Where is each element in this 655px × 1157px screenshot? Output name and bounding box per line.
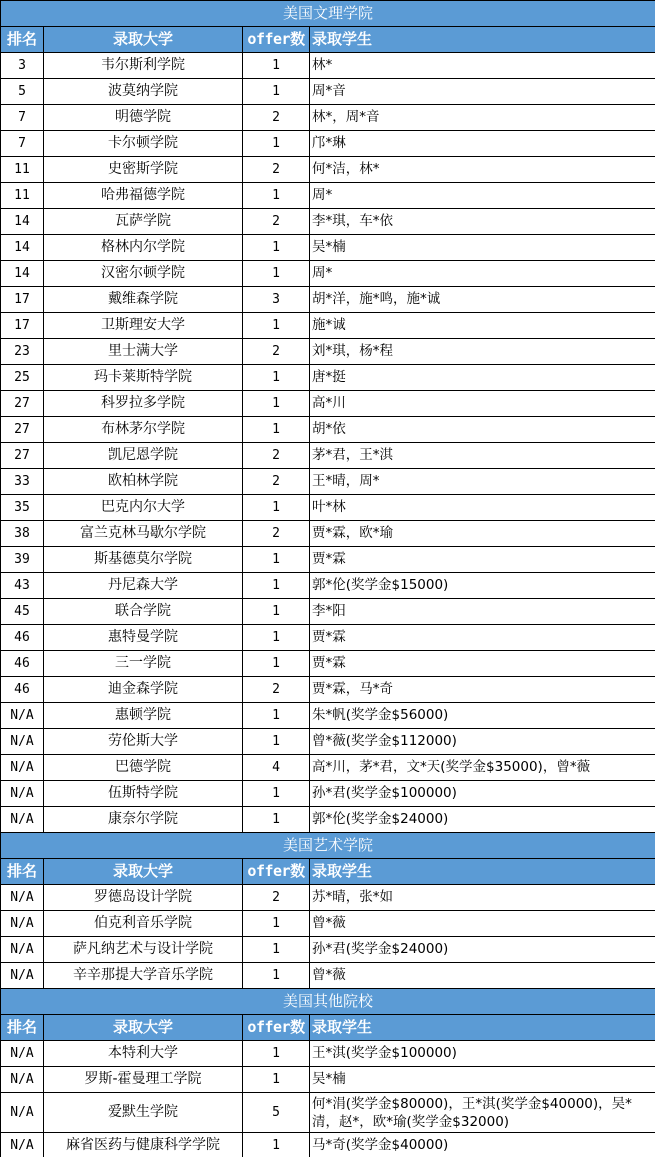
university-cell: 哈弗福德学院: [44, 183, 243, 209]
students-cell: 贾*霖，欧*瑜: [310, 521, 655, 547]
students-cell: 贾*霖: [310, 651, 655, 677]
table-row: 38富兰克林马歇尔学院2贾*霖，欧*瑜: [1, 521, 655, 547]
university-cell: 瓦萨学院: [44, 209, 243, 235]
university-cell: 丹尼森大学: [44, 573, 243, 599]
offer-count-cell: 2: [243, 521, 310, 547]
students-cell: 吴*楠: [310, 1067, 655, 1093]
rank-cell: 35: [1, 495, 44, 521]
university-cell: 伯克利音乐学院: [44, 911, 243, 937]
offer-count-cell: 1: [243, 781, 310, 807]
table-row: 27凯尼恩学院2茅*君，王*淇: [1, 443, 655, 469]
rank-cell: 27: [1, 417, 44, 443]
rank-cell: 46: [1, 625, 44, 651]
students-cell: 曾*薇: [310, 911, 655, 937]
offer-count-cell: 2: [243, 105, 310, 131]
table-row: 46三一学院1贾*霖: [1, 651, 655, 677]
university-cell: 斯基德莫尔学院: [44, 547, 243, 573]
university-cell: 史密斯学院: [44, 157, 243, 183]
rank-cell: 17: [1, 313, 44, 339]
offer-count-cell: 1: [243, 911, 310, 937]
university-cell: 波莫纳学院: [44, 79, 243, 105]
offer-count-cell: 1: [243, 313, 310, 339]
table-row: N/A萨凡纳艺术与设计学院1孙*君(奖学金$24000): [1, 937, 655, 963]
students-cell: 贾*霖，马*奇: [310, 677, 655, 703]
offer-count-cell: 1: [243, 261, 310, 287]
students-cell: 何*涓(奖学金$80000)，王*淇(奖学金$40000)，吴*清，赵*，欧*瑜…: [310, 1093, 655, 1133]
university-cell: 富兰克林马歇尔学院: [44, 521, 243, 547]
rank-cell: N/A: [1, 1041, 44, 1067]
column-header-rank: 排名: [1, 859, 44, 885]
table-row: 7明德学院2林*，周*音: [1, 105, 655, 131]
column-header-offers: offer数: [243, 27, 310, 53]
offer-count-cell: 1: [243, 703, 310, 729]
university-cell: 凯尼恩学院: [44, 443, 243, 469]
university-cell: 罗德岛设计学院: [44, 885, 243, 911]
rank-cell: 17: [1, 287, 44, 313]
students-cell: 郭*伦(奖学金$24000): [310, 807, 655, 833]
rank-cell: 3: [1, 53, 44, 79]
offer-count-cell: 2: [243, 209, 310, 235]
table-row: N/A罗德岛设计学院2苏*晴，张*如: [1, 885, 655, 911]
rank-cell: N/A: [1, 729, 44, 755]
rank-cell: N/A: [1, 755, 44, 781]
rank-cell: 11: [1, 183, 44, 209]
university-cell: 联合学院: [44, 599, 243, 625]
rank-cell: 46: [1, 677, 44, 703]
rank-cell: 7: [1, 105, 44, 131]
column-header-university: 录取大学: [44, 1015, 243, 1041]
students-cell: 吴*楠: [310, 235, 655, 261]
students-cell: 胡*洋，施*鸣，施*诚: [310, 287, 655, 313]
students-cell: 郭*伦(奖学金$15000): [310, 573, 655, 599]
offer-count-cell: 1: [243, 599, 310, 625]
students-cell: 高*川，茅*君，文*天(奖学金$35000)，曾*薇: [310, 755, 655, 781]
university-cell: 巴德学院: [44, 755, 243, 781]
rank-cell: 38: [1, 521, 44, 547]
offer-count-cell: 1: [243, 79, 310, 105]
table-row: N/A爱默生学院5何*涓(奖学金$80000)，王*淇(奖学金$40000)，吴…: [1, 1093, 655, 1133]
students-cell: 胡*依: [310, 417, 655, 443]
offer-count-cell: 1: [243, 651, 310, 677]
table-row: N/A伯克利音乐学院1曾*薇: [1, 911, 655, 937]
table-row: N/A伍斯特学院1孙*君(奖学金$100000): [1, 781, 655, 807]
table-row: N/A辛辛那提大学音乐学院1曾*薇: [1, 963, 655, 989]
rank-cell: 27: [1, 391, 44, 417]
rank-cell: N/A: [1, 807, 44, 833]
students-cell: 贾*霖: [310, 625, 655, 651]
offer-count-cell: 1: [243, 1133, 310, 1157]
rank-cell: 39: [1, 547, 44, 573]
table-row: 39斯基德莫尔学院1贾*霖: [1, 547, 655, 573]
university-cell: 爱默生学院: [44, 1093, 243, 1133]
table-row: 17戴维森学院3胡*洋，施*鸣，施*诚: [1, 287, 655, 313]
table-row: 11哈弗福德学院1周*: [1, 183, 655, 209]
students-cell: 唐*挺: [310, 365, 655, 391]
students-cell: 何*洁，林*: [310, 157, 655, 183]
rank-cell: N/A: [1, 1093, 44, 1133]
university-cell: 康奈尔学院: [44, 807, 243, 833]
column-header-students: 录取学生: [310, 27, 655, 53]
rank-cell: 43: [1, 573, 44, 599]
offer-count-cell: 1: [243, 807, 310, 833]
table-row: 14格林内尔学院1吴*楠: [1, 235, 655, 261]
students-cell: 曾*薇(奖学金$112000): [310, 729, 655, 755]
students-cell: 苏*晴，张*如: [310, 885, 655, 911]
offer-count-cell: 1: [243, 495, 310, 521]
students-cell: 周*: [310, 183, 655, 209]
rank-cell: 45: [1, 599, 44, 625]
column-header-university: 录取大学: [44, 859, 243, 885]
rank-cell: 14: [1, 261, 44, 287]
column-header-offers: offer数: [243, 1015, 310, 1041]
table-row: 7卡尔顿学院1邝*琳: [1, 131, 655, 157]
rank-cell: N/A: [1, 1133, 44, 1157]
university-cell: 明德学院: [44, 105, 243, 131]
university-cell: 伍斯特学院: [44, 781, 243, 807]
students-cell: 马*奇(奖学金$40000): [310, 1133, 655, 1157]
offer-count-cell: 1: [243, 573, 310, 599]
university-cell: 迪金森学院: [44, 677, 243, 703]
students-cell: 叶*林: [310, 495, 655, 521]
rank-cell: 7: [1, 131, 44, 157]
table-row: N/A康奈尔学院1郭*伦(奖学金$24000): [1, 807, 655, 833]
rank-cell: 14: [1, 209, 44, 235]
offer-count-cell: 2: [243, 443, 310, 469]
rank-cell: N/A: [1, 703, 44, 729]
section-title-row: 美国文理学院: [1, 1, 655, 27]
university-cell: 卡尔顿学院: [44, 131, 243, 157]
rank-cell: N/A: [1, 1067, 44, 1093]
rank-cell: N/A: [1, 911, 44, 937]
students-cell: 周*音: [310, 79, 655, 105]
students-cell: 王*淇(奖学金$100000): [310, 1041, 655, 1067]
offer-count-cell: 2: [243, 157, 310, 183]
rank-cell: 25: [1, 365, 44, 391]
column-header-rank: 排名: [1, 1015, 44, 1041]
offer-count-cell: 1: [243, 365, 310, 391]
university-cell: 欧柏林学院: [44, 469, 243, 495]
offer-count-cell: 1: [243, 183, 310, 209]
university-cell: 惠顿学院: [44, 703, 243, 729]
offer-count-cell: 5: [243, 1093, 310, 1133]
offer-count-cell: 1: [243, 1067, 310, 1093]
students-cell: 林*，周*音: [310, 105, 655, 131]
table-row: 17卫斯理安大学1施*诚: [1, 313, 655, 339]
university-cell: 玛卡莱斯特学院: [44, 365, 243, 391]
section-title: 美国艺术学院: [1, 833, 655, 859]
column-header-students: 录取学生: [310, 1015, 655, 1041]
table-row: 35巴克内尔大学1叶*林: [1, 495, 655, 521]
section-title-row: 美国其他院校: [1, 989, 655, 1015]
university-cell: 巴克内尔大学: [44, 495, 243, 521]
university-cell: 本特利大学: [44, 1041, 243, 1067]
table-row: 25玛卡莱斯特学院1唐*挺: [1, 365, 655, 391]
university-cell: 格林内尔学院: [44, 235, 243, 261]
offer-count-cell: 1: [243, 729, 310, 755]
section-title-row: 美国艺术学院: [1, 833, 655, 859]
table-row: 43丹尼森大学1郭*伦(奖学金$15000): [1, 573, 655, 599]
table-row: 11史密斯学院2何*洁，林*: [1, 157, 655, 183]
university-cell: 劳伦斯大学: [44, 729, 243, 755]
university-cell: 里士满大学: [44, 339, 243, 365]
offer-count-cell: 2: [243, 677, 310, 703]
table-row: 45联合学院1李*阳: [1, 599, 655, 625]
offer-count-cell: 3: [243, 287, 310, 313]
column-header-row: 排名录取大学offer数录取学生: [1, 859, 655, 885]
students-cell: 邝*琳: [310, 131, 655, 157]
rank-cell: 23: [1, 339, 44, 365]
column-header-offers: offer数: [243, 859, 310, 885]
offer-count-cell: 2: [243, 885, 310, 911]
rank-cell: N/A: [1, 885, 44, 911]
students-cell: 茅*君，王*淇: [310, 443, 655, 469]
students-cell: 施*诚: [310, 313, 655, 339]
rank-cell: 11: [1, 157, 44, 183]
students-cell: 贾*霖: [310, 547, 655, 573]
offer-count-cell: 1: [243, 131, 310, 157]
university-cell: 戴维森学院: [44, 287, 243, 313]
column-header-row: 排名录取大学offer数录取学生: [1, 1015, 655, 1041]
university-cell: 惠特曼学院: [44, 625, 243, 651]
table-row: 46惠特曼学院1贾*霖: [1, 625, 655, 651]
column-header-row: 排名录取大学offer数录取学生: [1, 27, 655, 53]
table-row: 3韦尔斯利学院1林*: [1, 53, 655, 79]
university-cell: 汉密尔顿学院: [44, 261, 243, 287]
rank-cell: 14: [1, 235, 44, 261]
university-cell: 麻省医药与健康科学学院: [44, 1133, 243, 1157]
students-cell: 周*: [310, 261, 655, 287]
offer-count-cell: 1: [243, 53, 310, 79]
offer-count-cell: 1: [243, 937, 310, 963]
column-header-students: 录取学生: [310, 859, 655, 885]
offer-count-cell: 1: [243, 417, 310, 443]
offer-count-cell: 1: [243, 235, 310, 261]
students-cell: 曾*薇: [310, 963, 655, 989]
table-row: 23里士满大学2刘*琪，杨*程: [1, 339, 655, 365]
offer-count-cell: 1: [243, 391, 310, 417]
table-row: N/A麻省医药与健康科学学院1马*奇(奖学金$40000): [1, 1133, 655, 1157]
university-cell: 布林茅尔学院: [44, 417, 243, 443]
students-cell: 孙*君(奖学金$100000): [310, 781, 655, 807]
students-cell: 林*: [310, 53, 655, 79]
offer-count-cell: 2: [243, 469, 310, 495]
students-cell: 李*阳: [310, 599, 655, 625]
table-row: N/A罗斯-霍曼理工学院1吴*楠: [1, 1067, 655, 1093]
university-cell: 萨凡纳艺术与设计学院: [44, 937, 243, 963]
table-row: 27布林茅尔学院1胡*依: [1, 417, 655, 443]
table-row: 46迪金森学院2贾*霖，马*奇: [1, 677, 655, 703]
table-row: N/A惠顿学院1朱*帆(奖学金$56000): [1, 703, 655, 729]
students-cell: 高*川: [310, 391, 655, 417]
rank-cell: 33: [1, 469, 44, 495]
students-cell: 孙*君(奖学金$24000): [310, 937, 655, 963]
table-row: N/A本特利大学1王*淇(奖学金$100000): [1, 1041, 655, 1067]
students-cell: 刘*琪，杨*程: [310, 339, 655, 365]
students-cell: 朱*帆(奖学金$56000): [310, 703, 655, 729]
offer-count-cell: 2: [243, 339, 310, 365]
rank-cell: 27: [1, 443, 44, 469]
column-header-rank: 排名: [1, 27, 44, 53]
section-title: 美国其他院校: [1, 989, 655, 1015]
university-cell: 韦尔斯利学院: [44, 53, 243, 79]
offer-count-cell: 1: [243, 1041, 310, 1067]
university-cell: 科罗拉多学院: [44, 391, 243, 417]
university-cell: 卫斯理安大学: [44, 313, 243, 339]
table-row: 33欧柏林学院2王*晴，周*: [1, 469, 655, 495]
students-cell: 王*晴，周*: [310, 469, 655, 495]
column-header-university: 录取大学: [44, 27, 243, 53]
rank-cell: 46: [1, 651, 44, 677]
table-row: N/A巴德学院4高*川，茅*君，文*天(奖学金$35000)，曾*薇: [1, 755, 655, 781]
university-cell: 辛辛那提大学音乐学院: [44, 963, 243, 989]
table-row: 27科罗拉多学院1高*川: [1, 391, 655, 417]
admissions-table: 美国文理学院排名录取大学offer数录取学生3韦尔斯利学院1林*5波莫纳学院1周…: [0, 0, 655, 1157]
rank-cell: N/A: [1, 937, 44, 963]
university-cell: 三一学院: [44, 651, 243, 677]
offer-count-cell: 4: [243, 755, 310, 781]
students-cell: 李*琪，车*依: [310, 209, 655, 235]
offer-count-cell: 1: [243, 625, 310, 651]
offer-count-cell: 1: [243, 547, 310, 573]
section-title: 美国文理学院: [1, 1, 655, 27]
table-row: N/A劳伦斯大学1曾*薇(奖学金$112000): [1, 729, 655, 755]
offer-count-cell: 1: [243, 963, 310, 989]
rank-cell: N/A: [1, 963, 44, 989]
rank-cell: N/A: [1, 781, 44, 807]
rank-cell: 5: [1, 79, 44, 105]
admissions-table-body: 美国文理学院排名录取大学offer数录取学生3韦尔斯利学院1林*5波莫纳学院1周…: [1, 1, 655, 1157]
table-row: 5波莫纳学院1周*音: [1, 79, 655, 105]
table-row: 14瓦萨学院2李*琪，车*依: [1, 209, 655, 235]
table-row: 14汉密尔顿学院1周*: [1, 261, 655, 287]
university-cell: 罗斯-霍曼理工学院: [44, 1067, 243, 1093]
